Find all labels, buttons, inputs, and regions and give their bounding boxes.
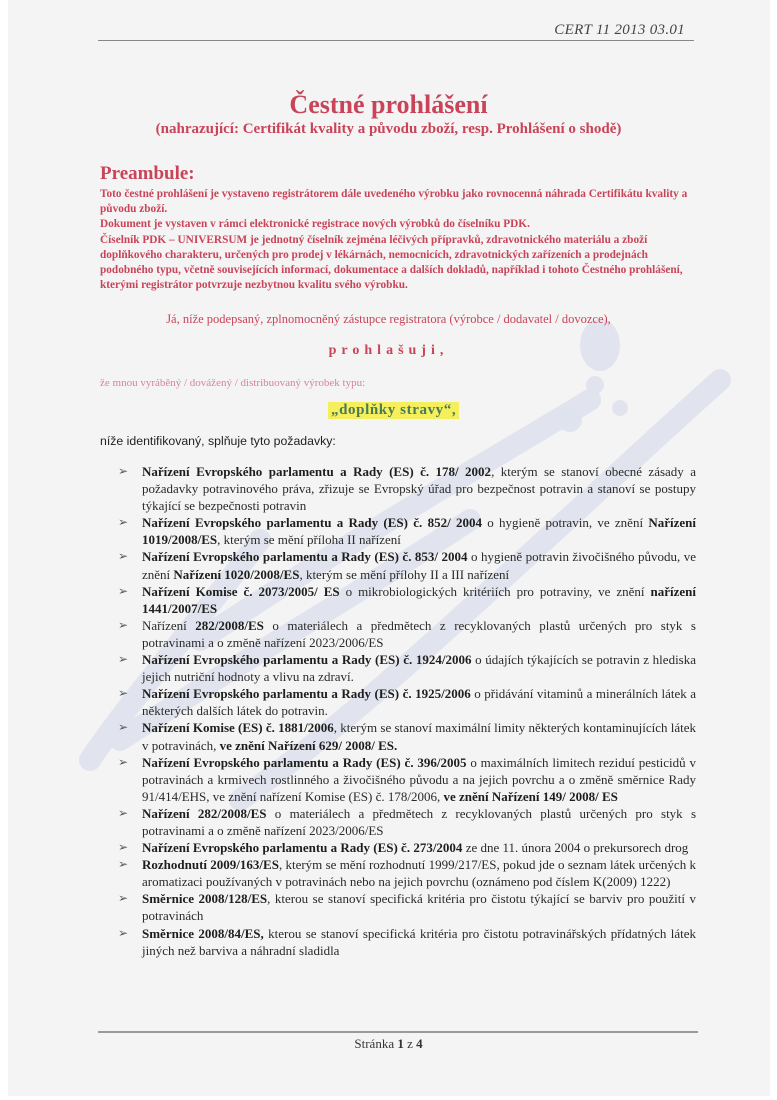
page-label: Stránka [354,1036,394,1051]
header-divider [98,40,694,41]
document-title: Čestné prohlášení [0,90,777,120]
total-pages: 4 [416,1036,423,1051]
regulation-title: Nařízení Komise (ES) č. 1881/2006 [142,720,334,735]
preamble-paragraph: Dokument je vystaven v rámci elektronick… [100,217,700,232]
arrow-bullet-icon: ➢ [118,617,128,634]
regulation-title: Směrnice 2008/128/ES [142,891,267,906]
regulation-title: 282/2008/ES [195,618,264,633]
regulation-title: ve znění Nařízení 629/ 2008/ ES. [220,738,398,753]
arrow-bullet-icon: ➢ [118,839,128,856]
regulation-title: Nařízení Evropského parlamentu a Rady (E… [142,652,471,667]
regulation-item: ➢Nařízení Komise č. 2073/2005/ ES o mikr… [118,583,696,617]
regulation-text: , kterým se mění přílohy II a III naříze… [299,567,509,582]
regulations-list: ➢Nařízení Evropského parlamentu a Rady (… [118,463,696,959]
arrow-bullet-icon: ➢ [118,805,128,822]
regulation-title: Nařízení Komise č. 2073/2005/ ES [142,584,340,599]
regulation-title: Nařízení Evropského parlamentu a Rady (E… [142,549,468,564]
regulation-title: Nařízení Evropského parlamentu a Rady (E… [142,755,467,770]
regulation-text: Nařízení [142,618,195,633]
arrow-bullet-icon: ➢ [118,925,128,942]
regulation-title: Rozhodnutí 2009/163/ES [142,857,279,872]
arrow-bullet-icon: ➢ [118,651,128,668]
arrow-bullet-icon: ➢ [118,583,128,600]
current-page: 1 [397,1036,404,1051]
regulation-title: Nařízení Evropského parlamentu a Rady (E… [142,464,491,479]
document-reference: CERT 11 2013 03.01 [554,22,685,39]
preamble-heading: Preambule: [100,163,195,185]
regulation-title: Nařízení 282/2008/ES [142,806,267,821]
regulation-title: Nařízení Evropského parlamentu a Rady (E… [142,686,471,701]
arrow-bullet-icon: ➢ [118,463,128,480]
arrow-bullet-icon: ➢ [118,856,128,873]
of-label: z [407,1036,413,1051]
regulation-text: o hygieně potravin, ve znění [482,515,648,530]
regulation-title: ve znění Nařízení 149/ 2008/ ES [443,789,617,804]
preamble-text: Toto čestné prohlášení je vystaveno regi… [100,187,700,293]
regulation-item: ➢Směrnice 2008/128/ES, kterou se stanoví… [118,890,696,924]
regulation-item: ➢Nařízení Evropského parlamentu a Rady (… [118,548,696,582]
arrow-bullet-icon: ➢ [118,685,128,702]
page-number: Stránka 1 z 4 [0,1036,777,1052]
preamble-paragraph: Toto čestné prohlášení je vystaveno regi… [100,187,700,217]
declaration-intro: Já, níže podepsaný, zplnomocněný zástupc… [0,312,777,327]
regulation-title: Nařízení Evropského parlamentu a Rady (E… [142,840,462,855]
product-line: že mnou vyráběný / dovážený / distribuov… [100,377,365,389]
arrow-bullet-icon: ➢ [118,754,128,771]
regulation-title: Směrnice 2008/84/ES, [142,926,264,941]
regulation-title: Nařízení 1020/2008/ES [173,567,299,582]
requirements-intro: níže identifikovaný, splňuje tyto požada… [100,434,336,448]
arrow-bullet-icon: ➢ [118,890,128,907]
regulation-item: ➢Nařízení 282/2008/ES o materiálech a př… [118,805,696,839]
regulation-item: ➢Směrnice 2008/84/ES, kterou se stanoví … [118,925,696,959]
regulation-item: ➢Nařízení Evropského parlamentu a Rady (… [118,514,696,548]
regulation-item: ➢Rozhodnutí 2009/163/ES, kterým se mění … [118,856,696,890]
regulation-text: o mikrobiologických kritériích pro potra… [340,584,651,599]
regulation-item: ➢Nařízení 282/2008/ES o materiálech a př… [118,617,696,651]
document-subtitle: (nahrazující: Certifikát kvality a původ… [0,121,777,138]
regulation-item: ➢Nařízení Evropského parlamentu a Rady (… [118,839,696,856]
regulation-title: Nařízení Evropského parlamentu a Rady (E… [142,515,482,530]
regulation-text: , kterým se mění příloha II nařízení [217,532,401,547]
regulation-item: ➢Nařízení Evropského parlamentu a Rady (… [118,754,696,805]
product-type-highlight: „doplňky stravy“, [328,402,459,419]
regulation-item: ➢Nařízení Evropského parlamentu a Rady (… [118,463,696,514]
regulation-item: ➢Nařízení Evropského parlamentu a Rady (… [118,651,696,685]
declaration-verb: prohlašuji, [0,343,777,359]
arrow-bullet-icon: ➢ [118,514,128,531]
footer-divider [98,1031,698,1033]
regulation-text: ze dne 11. února 2004 o prekursorech dro… [462,840,688,855]
regulation-item: ➢Nařízení Komise (ES) č. 1881/2006, kter… [118,719,696,753]
preamble-paragraph: Číselník PDK – UNIVERSUM je jednotný čís… [100,233,700,294]
arrow-bullet-icon: ➢ [118,548,128,565]
regulation-item: ➢Nařízení Evropského parlamentu a Rady (… [118,685,696,719]
arrow-bullet-icon: ➢ [118,719,128,736]
